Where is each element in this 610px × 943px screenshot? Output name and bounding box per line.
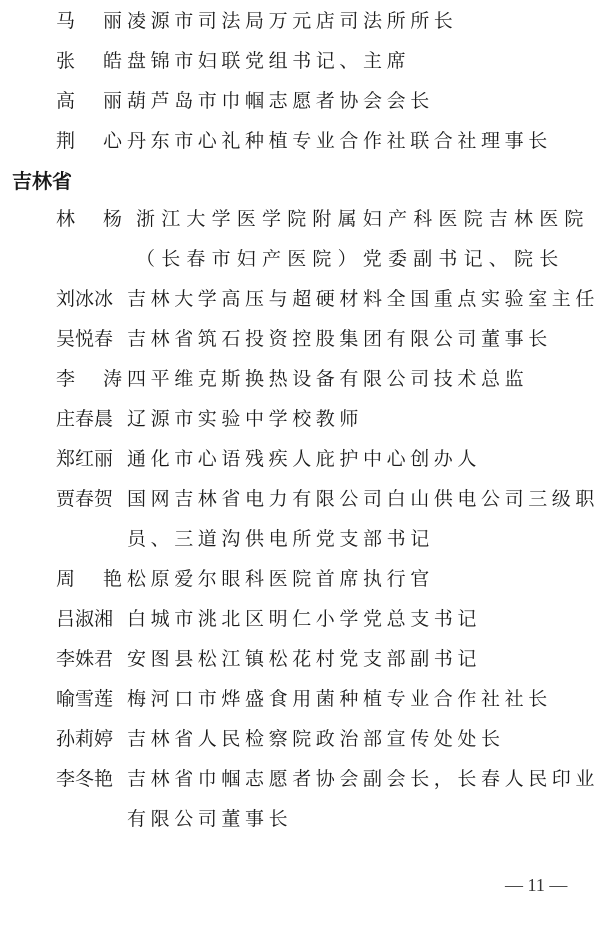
section-heading-jilin: 吉林省	[12, 168, 72, 194]
person-title: 吉林省人民检察院政治部宣传处处长	[127, 726, 505, 752]
person-title: 葫芦岛市巾帼志愿者协会会长	[127, 88, 434, 114]
name-char: 李	[56, 366, 75, 392]
person-title-cont: （长春市妇产医院）党委副书记、院长	[136, 246, 564, 272]
name-char: 杨	[103, 206, 122, 232]
person-name: 林 杨	[56, 206, 122, 232]
person-name: 高 丽	[56, 88, 122, 114]
person-title: 松原爱尔眼科医院首席执行官	[127, 566, 434, 592]
person-name: 李冬艳	[56, 766, 131, 792]
person-title: 国网吉林省电力有限公司白山供电公司三级职	[127, 486, 599, 512]
page-number: — 11 —	[505, 874, 567, 896]
person-title: 通化市心语残疾人庇护中心创办人	[127, 446, 481, 472]
person-name: 吕淑湘	[56, 606, 131, 632]
person-name: 喻雪莲	[56, 686, 131, 712]
person-title: 吉林省筑石投资控股集团有限公司董事长	[127, 326, 552, 352]
name-char: 丽	[103, 8, 122, 34]
name-char: 皓	[103, 48, 122, 74]
person-title: 凌源市司法局万元店司法所所长	[127, 8, 457, 34]
person-name: 荆 心	[56, 128, 122, 154]
name-char: 张	[56, 48, 75, 74]
person-name: 刘冰冰	[56, 286, 131, 312]
person-title: 吉林省巾帼志愿者协会副会长，长春人民印业	[127, 766, 599, 792]
person-title: 安图县松江镇松花村党支部副书记	[127, 646, 481, 672]
name-char: 荆	[56, 128, 75, 154]
person-title: 盘锦市妇联党组书记、主席	[127, 48, 410, 74]
name-char: 高	[56, 88, 75, 114]
person-name: 马 丽	[56, 8, 122, 34]
person-name: 李姝君	[56, 646, 131, 672]
name-char: 丽	[103, 88, 122, 114]
person-title: 丹东市心礼种植专业合作社联合社理事长	[127, 128, 552, 154]
person-title: 浙江大学医学院附属妇产科医院吉林医院	[136, 206, 590, 232]
person-name: 周 艳	[56, 566, 122, 592]
person-title-cont: 员、三道沟供电所党支部书记	[127, 526, 434, 552]
person-title: 四平维克斯换热设备有限公司技术总监	[127, 366, 528, 392]
name-char: 涛	[103, 366, 122, 392]
person-name: 郑红丽	[56, 446, 131, 472]
person-name: 吴悦春	[56, 326, 131, 352]
person-name: 庄春晨	[56, 406, 131, 432]
name-char: 马	[56, 8, 75, 34]
person-title: 辽源市实验中学校教师	[127, 406, 363, 432]
person-title: 白城市洮北区明仁小学党总支书记	[127, 606, 481, 632]
name-char: 周	[56, 566, 75, 592]
person-name: 李 涛	[56, 366, 122, 392]
person-name: 孙莉婷	[56, 726, 131, 752]
person-name: 贾春贺	[56, 486, 131, 512]
person-title: 梅河口市烨盛食用菌种植专业合作社社长	[127, 686, 552, 712]
person-title-cont: 有限公司董事长	[127, 806, 292, 832]
person-title: 吉林大学高压与超硬材料全国重点实验室主任	[127, 286, 599, 312]
name-char: 艳	[103, 566, 122, 592]
name-char: 心	[103, 128, 122, 154]
name-char: 林	[56, 206, 75, 232]
person-name: 张 皓	[56, 48, 122, 74]
